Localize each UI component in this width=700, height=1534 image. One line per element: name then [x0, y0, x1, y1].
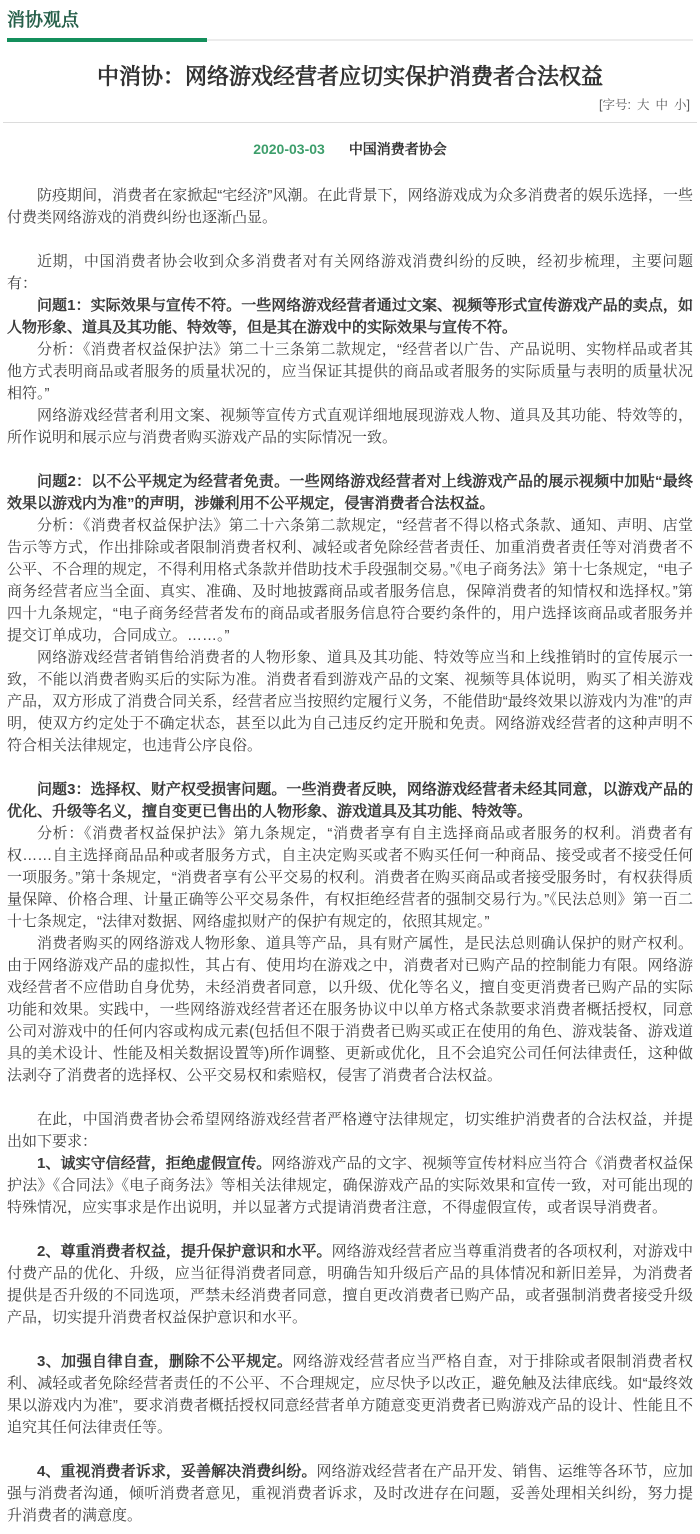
source-label: 中国消费者协会: [349, 141, 447, 157]
paragraph: 1、诚实守信经营，拒绝虚假宣传。网络游戏产品的文字、视频等宣传材料应当符合《消费…: [7, 1153, 693, 1219]
paragraph: 消费者购买的网络游戏人物形象、道具等产品，具有财产属性，是民法总则确认保护的财产…: [7, 933, 693, 1087]
section-underline: [7, 38, 693, 42]
paragraph: 问题1：实际效果与宣传不符。一些网络游戏经营者通过文案、视频等形式宣传游戏产品的…: [7, 295, 693, 339]
title-separator: [3, 122, 697, 123]
paragraph: 分析：《消费者权益保护法》第九条规定，“消费者享有自主选择商品或者服务的权利。消…: [7, 823, 693, 933]
channel-header: 消协观点: [0, 9, 700, 42]
paragraph-lead: 4、重视消费者诉求，妥善解决消费纠纷。: [37, 1463, 317, 1480]
paragraph: 问题3：选择权、财产权受损害问题。一些消费者反映，网络游戏经营者未经其同意，以游…: [7, 779, 693, 823]
paragraph: 防疫期间，消费者在家掀起“宅经济”风潮。在此背景下，网络游戏成为众多消费者的娱乐…: [7, 185, 693, 229]
paragraph-lead: 1、诚实守信经营，拒绝虚假宣传。: [37, 1155, 271, 1172]
paragraph: 网络游戏经营者销售给消费者的人物形象、道具及其功能、特效等应当和上线推销时的宣传…: [7, 647, 693, 757]
font-size-widget: [字号:大中小]: [0, 95, 700, 113]
paragraph-lead: 2、尊重消费者权益，提升保护意识和水平。: [37, 1243, 332, 1260]
paragraph: 2、尊重消费者权益，提升保护意识和水平。网络游戏经营者应当尊重消费者的各项权利，…: [7, 1241, 693, 1329]
article-page: 消协观点 中消协：网络游戏经营者应切实保护消费者合法权益 [字号:大中小] 20…: [0, 9, 700, 1527]
font-size-prefix: [字号:: [599, 98, 631, 112]
section-underline-accent: [7, 38, 207, 42]
section-title: 消协观点: [7, 9, 700, 31]
paragraph: 问题2：以不公平规定为经营者免责。一些网络游戏经营者对上线游戏产品的展示视频中加…: [7, 471, 693, 515]
font-size-large-button[interactable]: 大: [637, 98, 650, 112]
paragraph: 网络游戏经营者利用文案、视频等宣传方式直观详细地展现游戏人物、道具及其功能、特效…: [7, 405, 693, 449]
font-size-suffix: ]: [687, 98, 690, 112]
paragraph: 3、加强自律自查，删除不公平规定。网络游戏经营者应当严格自查，对于排除或者限制消…: [7, 1351, 693, 1439]
article-body: 防疫期间，消费者在家掀起“宅经济”风潮。在此背景下，网络游戏成为众多消费者的娱乐…: [7, 185, 693, 1527]
paragraph: 在此，中国消费者协会希望网络游戏经营者严格遵守法律规定，切实维护消费者的合法权益…: [7, 1109, 693, 1153]
font-size-small-button[interactable]: 小: [674, 98, 687, 112]
publish-date: 2020-03-03: [253, 141, 325, 157]
page-title: 中消协：网络游戏经营者应切实保护消费者合法权益: [36, 62, 664, 92]
paragraph: 近期，中国消费者协会收到众多消费者对有关网络游戏消费纠纷的反映，经初步梳理，主要…: [7, 251, 693, 295]
article-meta: 2020-03-03中国消费者协会: [0, 140, 700, 158]
section-underline-rule: [207, 39, 693, 41]
paragraph: 分析：《消费者权益保护法》第二十三条第二款规定，“经营者以广告、产品说明、实物样…: [7, 339, 693, 405]
paragraph: 4、重视消费者诉求，妥善解决消费纠纷。网络游戏经营者在产品开发、销售、运维等各环…: [7, 1461, 693, 1527]
font-size-medium-button[interactable]: 中: [655, 98, 668, 112]
paragraph: 分析：《消费者权益保护法》第二十六条第二款规定，“经营者不得以格式条款、通知、声…: [7, 515, 693, 647]
paragraph-lead: 3、加强自律自查，删除不公平规定。: [37, 1353, 292, 1370]
